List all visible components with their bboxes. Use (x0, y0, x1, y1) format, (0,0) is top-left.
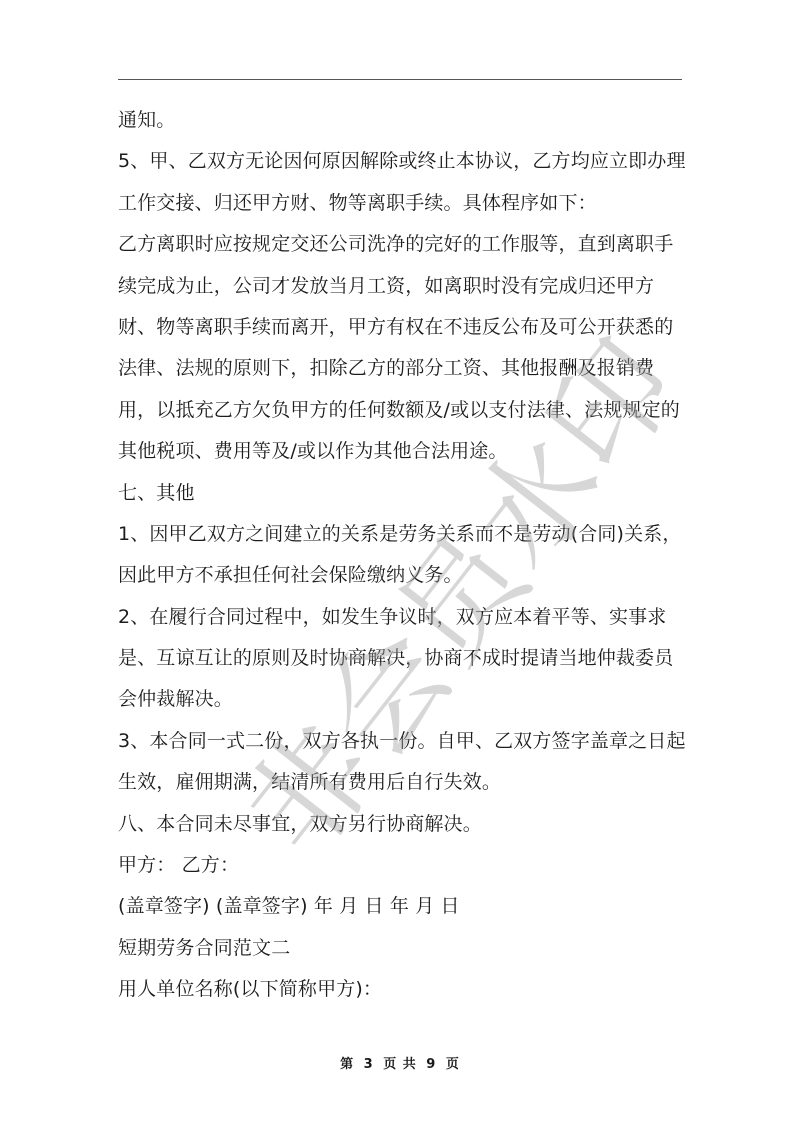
text-line: 生效，雇佣期满，结清所有费用后自行失效。 (118, 762, 688, 803)
signature-parties: 甲方： 乙方： (118, 845, 688, 886)
text-line: 其他税项、费用等及/或以作为其他合法用途。 (118, 431, 688, 472)
text-line: 八、本合同未尽事宜，双方另行协商解决。 (118, 804, 688, 845)
current-page-number: 3 (364, 1057, 374, 1072)
text-line: 工作交接、归还甲方财、物等离职手续。具体程序如下： (118, 183, 688, 224)
footer-suffix: 页 (446, 1057, 460, 1072)
text-line: 法律、法规的原则下，扣除乙方的部分工资、其他报酬及报销费 (118, 348, 688, 389)
text-line: 1、因甲乙双方之间建立的关系是劳务关系而不是劳动(合同)关系， (118, 514, 688, 555)
sub-title: 短期劳务合同范文二 (118, 928, 688, 969)
footer-middle: 页 共 (383, 1057, 417, 1072)
text-line: 5、甲、乙双方无论因何原因解除或终止本协议，乙方均应立即办理 (118, 141, 688, 182)
text-line: 乙方离职时应按规定交还公司洗净的完好的工作服等，直到离职手 (118, 224, 688, 265)
text-line: 用人单位名称(以下简称甲方)： (118, 969, 688, 1010)
text-line: 2、在履行合同过程中，如发生争议时，双方应本着平等、实事求 (118, 597, 688, 638)
page-number-footer: 第 3 页 共 9 页 (0, 1053, 800, 1072)
text-line: 通知。 (118, 100, 688, 141)
text-line: 续完成为止，公司才发放当月工资，如离职时没有完成归还甲方 (118, 266, 688, 307)
section-heading: 七、其他 (118, 473, 688, 514)
document-body: 通知。 5、甲、乙双方无论因何原因解除或终止本协议，乙方均应立即办理 工作交接、… (118, 100, 688, 1011)
text-line: 财、物等离职手续而离开，甲方有权在不违反公布及可公开获悉的 (118, 307, 688, 348)
text-line: 用，以抵充乙方欠负甲方的任何数额及/或以支付法律、法规规定的 (118, 390, 688, 431)
header-divider (118, 79, 682, 80)
text-line: 是、互谅互让的原则及时协商解决，协商不成时提请当地仲裁委员 (118, 638, 688, 679)
total-page-count: 9 (426, 1057, 436, 1072)
text-line: 因此甲方不承担任何社会保险缴纳义务。 (118, 555, 688, 596)
footer-prefix: 第 (340, 1057, 354, 1072)
document-page: 通知。 5、甲、乙双方无论因何原因解除或终止本协议，乙方均应立即办理 工作交接、… (0, 0, 800, 1131)
text-line: 3、本合同一式二份，双方各执一份。自甲、乙双方签字盖章之日起 (118, 721, 688, 762)
text-line: 会仲裁解决。 (118, 679, 688, 720)
signature-dates: (盖章签字) (盖章签字) 年 月 日 年 月 日 (118, 886, 688, 927)
